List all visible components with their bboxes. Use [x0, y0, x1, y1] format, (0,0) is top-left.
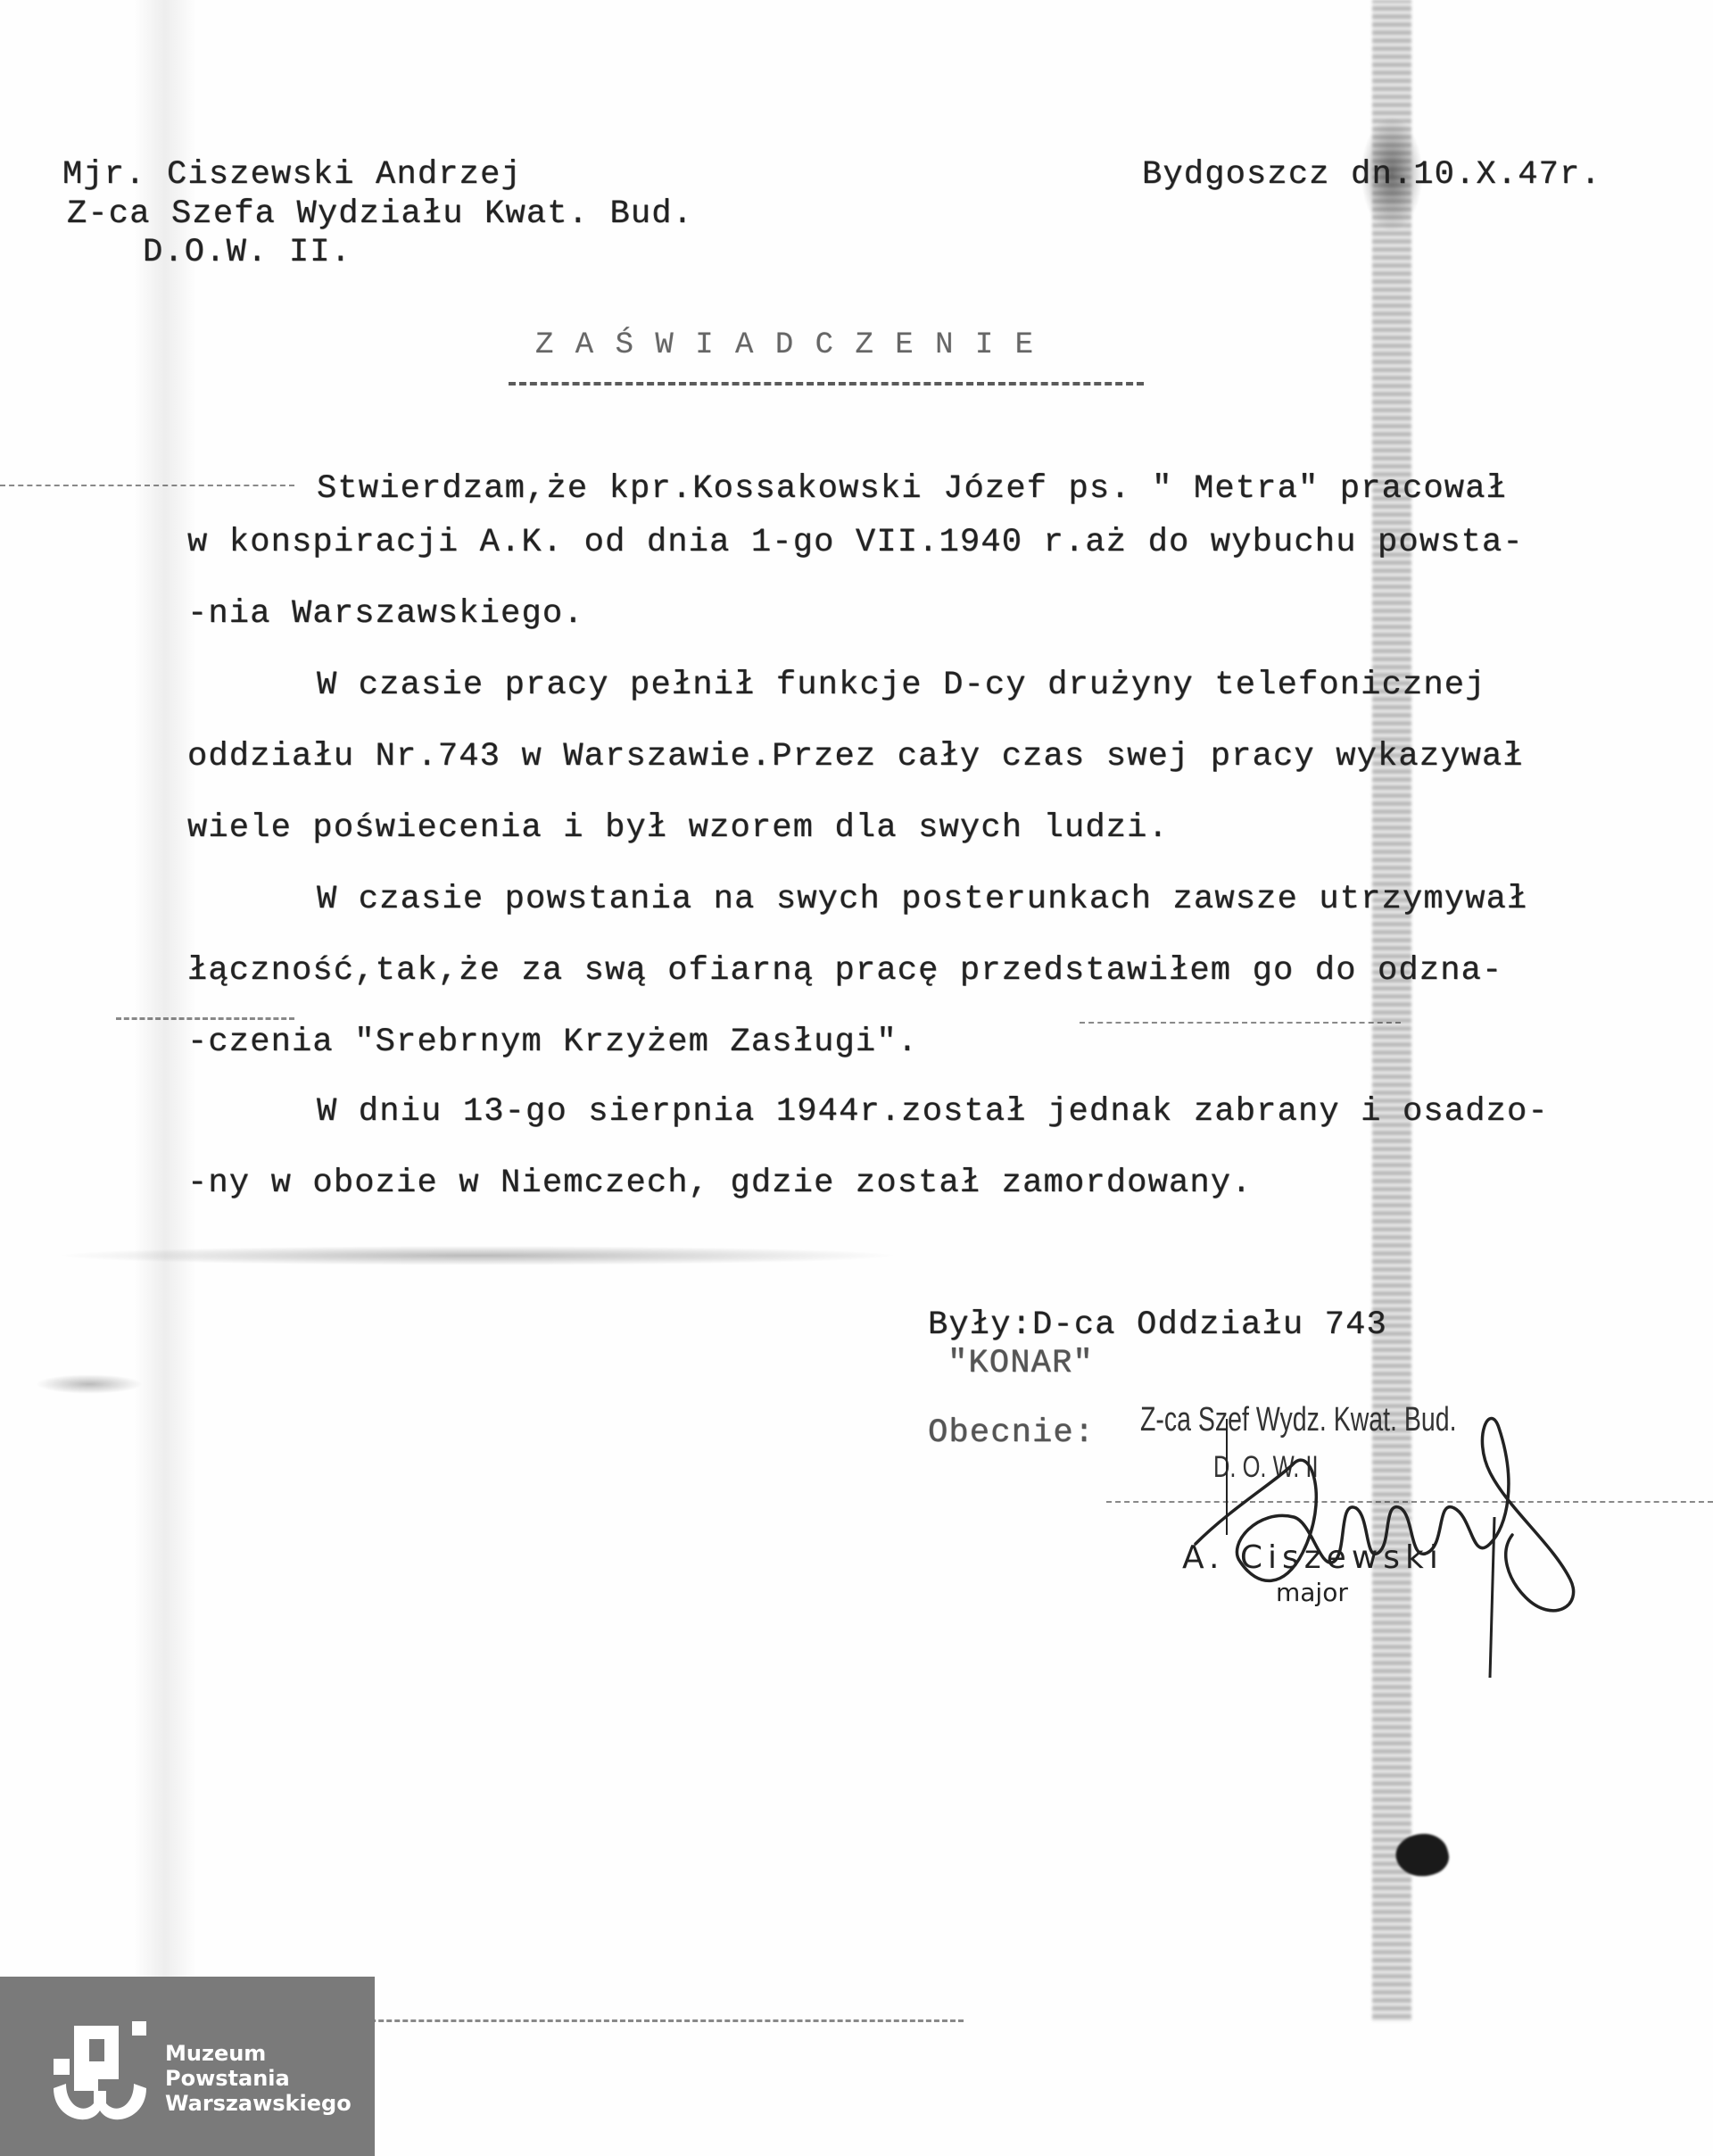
former-role: Były:D-ca Oddziału 743 [928, 1309, 1387, 1342]
body-line-5: oddziału Nr.743 w Warszawie.Przez cały c… [187, 741, 1524, 774]
body-line-2: w konspiracji A.K. od dnia 1-go VII.1940… [187, 527, 1524, 560]
body-line-7: W czasie powstania na swych posterunkach… [317, 883, 1527, 916]
sender-unit: D.O.W. II. [143, 236, 352, 269]
signatory-rank: major [1276, 1578, 1348, 1607]
scan-line [116, 1017, 294, 1020]
scan-streak-vertical [1372, 0, 1411, 2021]
museum-watermark: Muzeum Powstania Warszawskiego [0, 1977, 375, 2156]
scan-line [0, 485, 294, 486]
body-line-3: -nia Warszawskiego. [187, 598, 584, 631]
place-date: Bydgoszcz dn.10.X.47r. [1142, 159, 1601, 192]
pseudonym: "KONAR" [948, 1347, 1094, 1381]
body-line-10: W dniu 13-go sierpnia 1944r.został jedna… [317, 1096, 1549, 1129]
document-title: Z A Ś W I A D C Z E N I E [535, 328, 1035, 362]
body-line-8: łączność,tak,że za swą ofiarną pracę prz… [187, 955, 1502, 988]
body-line-4: W czasie pracy pełnił funkcje D-cy druży… [317, 669, 1486, 702]
sender-position: Z-ca Szefa Wydziału Kwat. Bud. [67, 198, 693, 231]
body-line-1: Stwierdzam,że kpr.Kossakowski Józef ps. … [317, 473, 1507, 506]
current-label: Obecnie: [928, 1417, 1095, 1450]
scan-line [1080, 1022, 1401, 1024]
scanned-document-page: Mjr. Ciszewski Andrzej Z-ca Szefa Wydzia… [0, 0, 1713, 2156]
sender-name: Mjr. Ciszewski Andrzej [62, 159, 522, 192]
kotwica-anchor-icon [49, 2021, 152, 2124]
body-line-6: wiele poświecenia i był wzorem dla swych… [187, 812, 1169, 845]
body-line-9: -czenia "Srebrnym Krzyżem Zasługi". [187, 1026, 918, 1059]
scan-smear [36, 1374, 143, 1394]
body-line-11: -ny w obozie w Niemczech, gdzie został z… [187, 1167, 1253, 1200]
signatory-name: A. Ciszewski [1182, 1539, 1444, 1576]
scan-smear [54, 1246, 901, 1265]
museum-name: Muzeum Powstania Warszawskiego [165, 2041, 352, 2116]
title-underline [509, 382, 1144, 386]
